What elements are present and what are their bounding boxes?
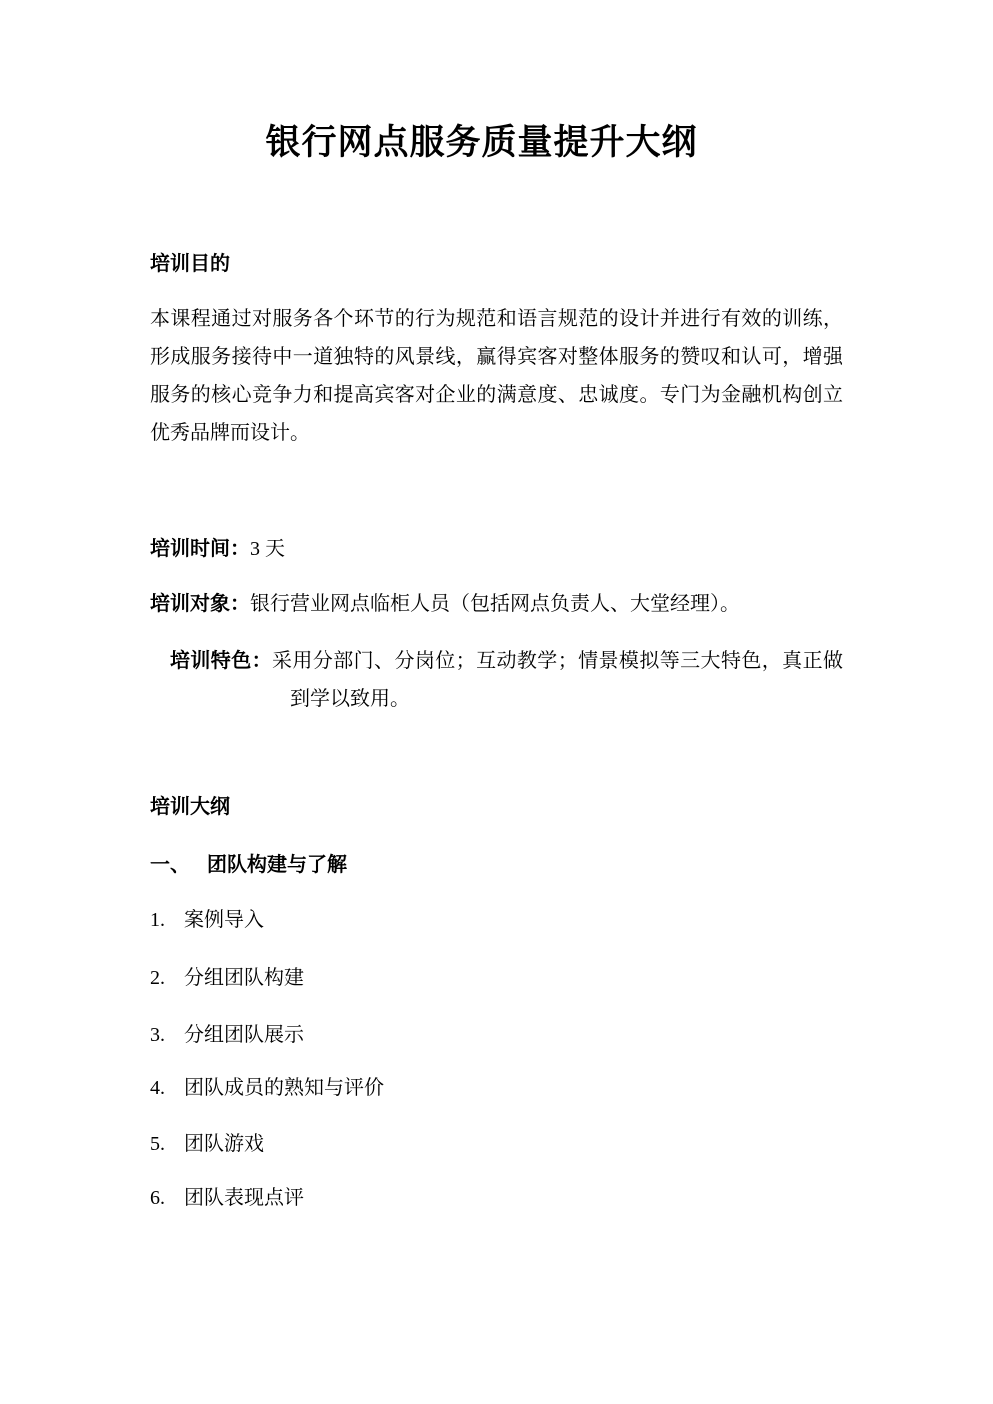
document-title: 银行网点服务质量提升大纲	[135, 122, 828, 164]
list-item-number: 6.	[150, 1179, 184, 1217]
outline-section-heading: 一、团队构建与了解	[150, 846, 843, 884]
list-item-number: 5.	[150, 1125, 184, 1163]
list-item-number: 4.	[150, 1069, 184, 1107]
list-item-text: 分组团队展示	[184, 1024, 304, 1046]
list-item: 4.团队成员的熟知与评价	[150, 1069, 843, 1107]
info-line-duration: 培训时间：3 天	[150, 530, 843, 568]
info-line-features: 培训特色：采用分部门、分岗位；互动教学；情景模拟等三大特色，真正做到学以致用。	[170, 642, 843, 718]
list-item: 1.案例导入	[150, 901, 843, 939]
info-label-audience: 培训对象：	[150, 593, 250, 615]
info-value-audience: 银行营业网点临柜人员（包括网点负责人、大堂经理）。	[250, 593, 740, 615]
info-label-duration: 培训时间：	[150, 538, 250, 560]
purpose-paragraph: 本课程通过对服务各个环节的行为规范和语言规范的设计并进行有效的训练，形成服务接待…	[150, 300, 843, 452]
list-item-text: 团队游戏	[184, 1133, 264, 1155]
outline-section-title: 团队构建与了解	[207, 854, 347, 876]
list-item: 5.团队游戏	[150, 1125, 843, 1163]
info-value-features: 采用分部门、分岗位；互动教学；情景模拟等三大特色，真正做到学以致用。	[272, 650, 843, 710]
list-item: 6.团队表现点评	[150, 1179, 843, 1217]
section-heading-outline: 培训大纲	[150, 794, 230, 820]
list-item-number: 1.	[150, 901, 184, 939]
list-item-text: 案例导入	[184, 909, 264, 931]
list-item: 3.分组团队展示	[150, 1016, 843, 1054]
info-value-duration: 3 天	[250, 538, 285, 560]
list-item-number: 3.	[150, 1016, 184, 1054]
list-item-text: 分组团队构建	[184, 967, 304, 989]
list-item-number: 2.	[150, 959, 184, 997]
info-label-features: 培训特色：	[170, 650, 272, 672]
section-heading-purpose: 培训目的	[150, 251, 230, 277]
list-item-text: 团队成员的熟知与评价	[184, 1077, 384, 1099]
outline-section-number: 一、	[150, 846, 207, 884]
list-item: 2.分组团队构建	[150, 959, 843, 997]
list-item-text: 团队表现点评	[184, 1187, 304, 1209]
document-page: 银行网点服务质量提升大纲 培训目的 本课程通过对服务各个环节的行为规范和语言规范…	[0, 0, 993, 1404]
info-line-audience: 培训对象：银行营业网点临柜人员（包括网点负责人、大堂经理）。	[150, 585, 843, 623]
